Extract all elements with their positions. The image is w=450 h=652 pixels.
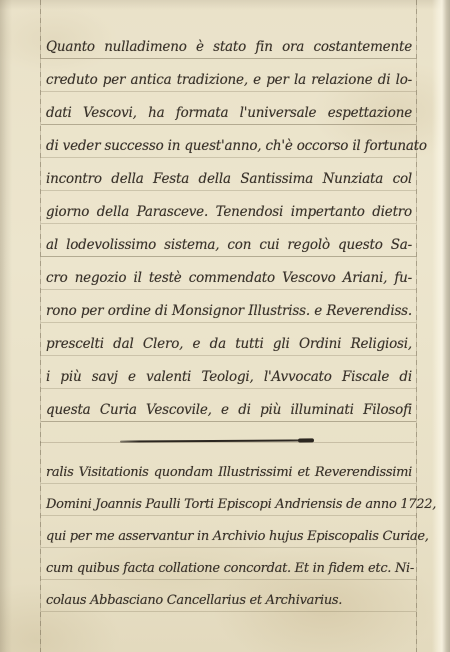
left-margin-rule	[40, 0, 41, 652]
manuscript-line: di veder successo in quest'anno, ch'è oc…	[46, 130, 412, 163]
italian-paragraph: Quanto nulladimeno è stato fin ora costa…	[46, 31, 412, 427]
manuscript-line: rono per ordine di Monsignor Illustriss.…	[46, 295, 412, 328]
manuscript-line: Domini Joannis Paulli Torti Episcopi And…	[46, 489, 412, 521]
manuscript-line: ralis Visitationis quondam Illustrissimi…	[46, 457, 412, 489]
scan-top-shadow	[0, 0, 450, 10]
manuscript-page: Quanto nulladimeno è stato fin ora costa…	[0, 0, 450, 652]
manuscript-line: dati Vescovi, ha formata l'universale es…	[46, 97, 412, 130]
manuscript-line: al lodevolissimo sistema, con cui regolò…	[46, 229, 412, 262]
right-margin-rule	[416, 0, 417, 652]
latin-paragraph: ralis Visitationis quondam Illustrissimi…	[46, 457, 412, 617]
manuscript-line: cro negozio il testè commendato Vescovo …	[46, 262, 412, 295]
page-right-edge	[432, 0, 450, 652]
manuscript-line: giorno della Parasceve. Tenendosi impert…	[46, 196, 412, 229]
manuscript-line: qui per me asservantur in Archivio hujus…	[46, 521, 412, 553]
manuscript-line: Quanto nulladimeno è stato fin ora costa…	[46, 31, 412, 64]
section-divider	[46, 427, 412, 457]
manuscript-line: prescelti dal Clero, e da tutti gli Ordi…	[46, 328, 412, 361]
manuscript-line: creduto per antica tradizione, e per la …	[46, 64, 412, 97]
pencil-guideline	[40, 442, 414, 443]
manuscript-line: colaus Abbasciano Cancellarius et Archiv…	[46, 585, 412, 617]
manuscript-line: questa Curia Vescovile, e di più illumin…	[46, 394, 412, 427]
manuscript-line: i più savj e valenti Teologi, l'Avvocato…	[46, 361, 412, 394]
manuscript-line: incontro della Festa della Santissima Nu…	[46, 163, 412, 196]
text-block: Quanto nulladimeno è stato fin ora costa…	[46, 31, 412, 617]
scan-left-edge-shadow	[0, 0, 12, 652]
manuscript-line: cum quibus facta collatione concordat. E…	[46, 553, 412, 585]
